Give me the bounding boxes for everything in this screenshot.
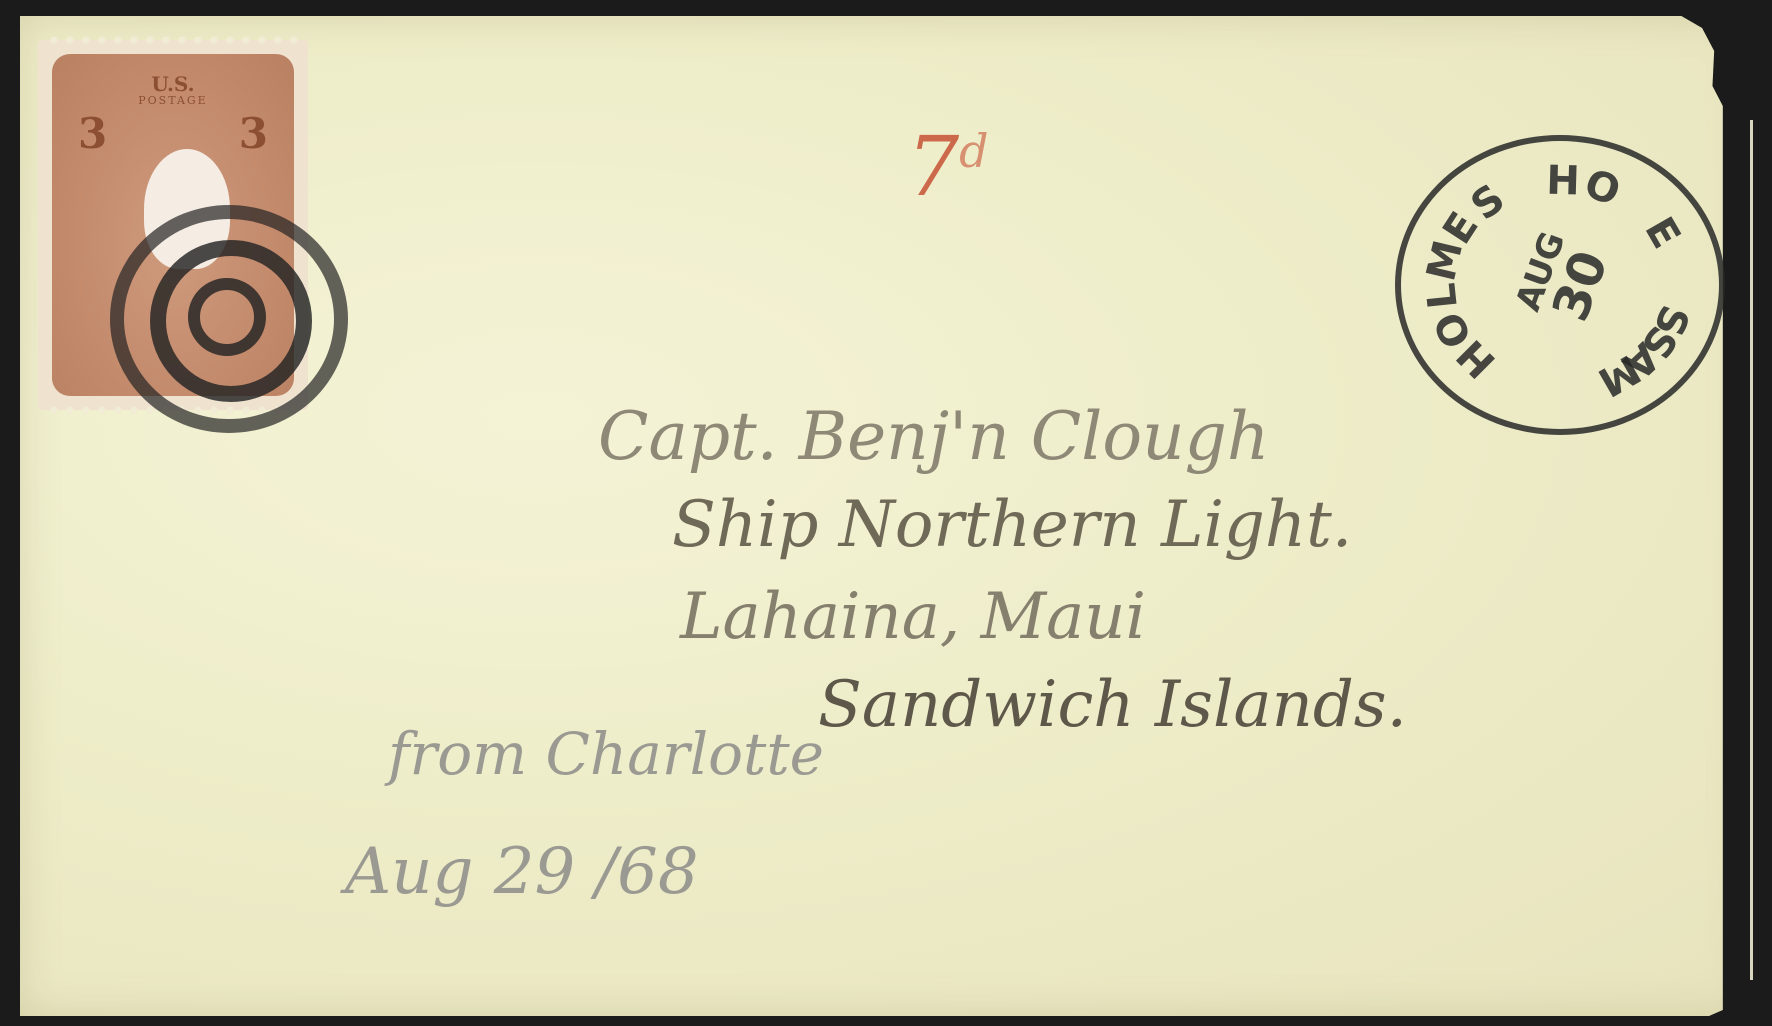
address-line-recipient: Capt. Benj'n Clough bbox=[598, 398, 1269, 475]
docket-date: Aug 29 /68 bbox=[345, 835, 699, 909]
stamp-denomination-right: 3 bbox=[239, 109, 268, 158]
rate-marking: 7d bbox=[907, 120, 989, 215]
address-line-ship: Ship Northern Light. bbox=[672, 488, 1352, 562]
postmark-letter: O bbox=[1578, 160, 1626, 215]
stamp-perforations-top bbox=[46, 35, 300, 45]
postmark-letter: H bbox=[1546, 158, 1581, 205]
rate-value: 7 bbox=[907, 120, 959, 215]
docket-origin: from Charlotte bbox=[388, 720, 824, 788]
address-line-town: Lahaina, Maui bbox=[680, 580, 1146, 654]
postmark-letter: L bbox=[1418, 281, 1466, 311]
postmark: HOLMES HO EMASS AUG 30 bbox=[1395, 135, 1725, 435]
stamp-label: POSTAGE bbox=[52, 94, 294, 107]
envelope-flap-edge bbox=[1750, 120, 1753, 980]
target-cancel-inner-ring bbox=[188, 278, 266, 356]
stamp-denomination-left: 3 bbox=[78, 109, 107, 158]
stamp-country: U.S. bbox=[52, 72, 294, 96]
rate-suffix: d bbox=[959, 124, 988, 178]
address-line-region: Sandwich Islands. bbox=[818, 668, 1407, 742]
postage-stamp: U.S. POSTAGE 3 3 bbox=[38, 40, 308, 410]
postmark-letter: E bbox=[1635, 210, 1689, 257]
